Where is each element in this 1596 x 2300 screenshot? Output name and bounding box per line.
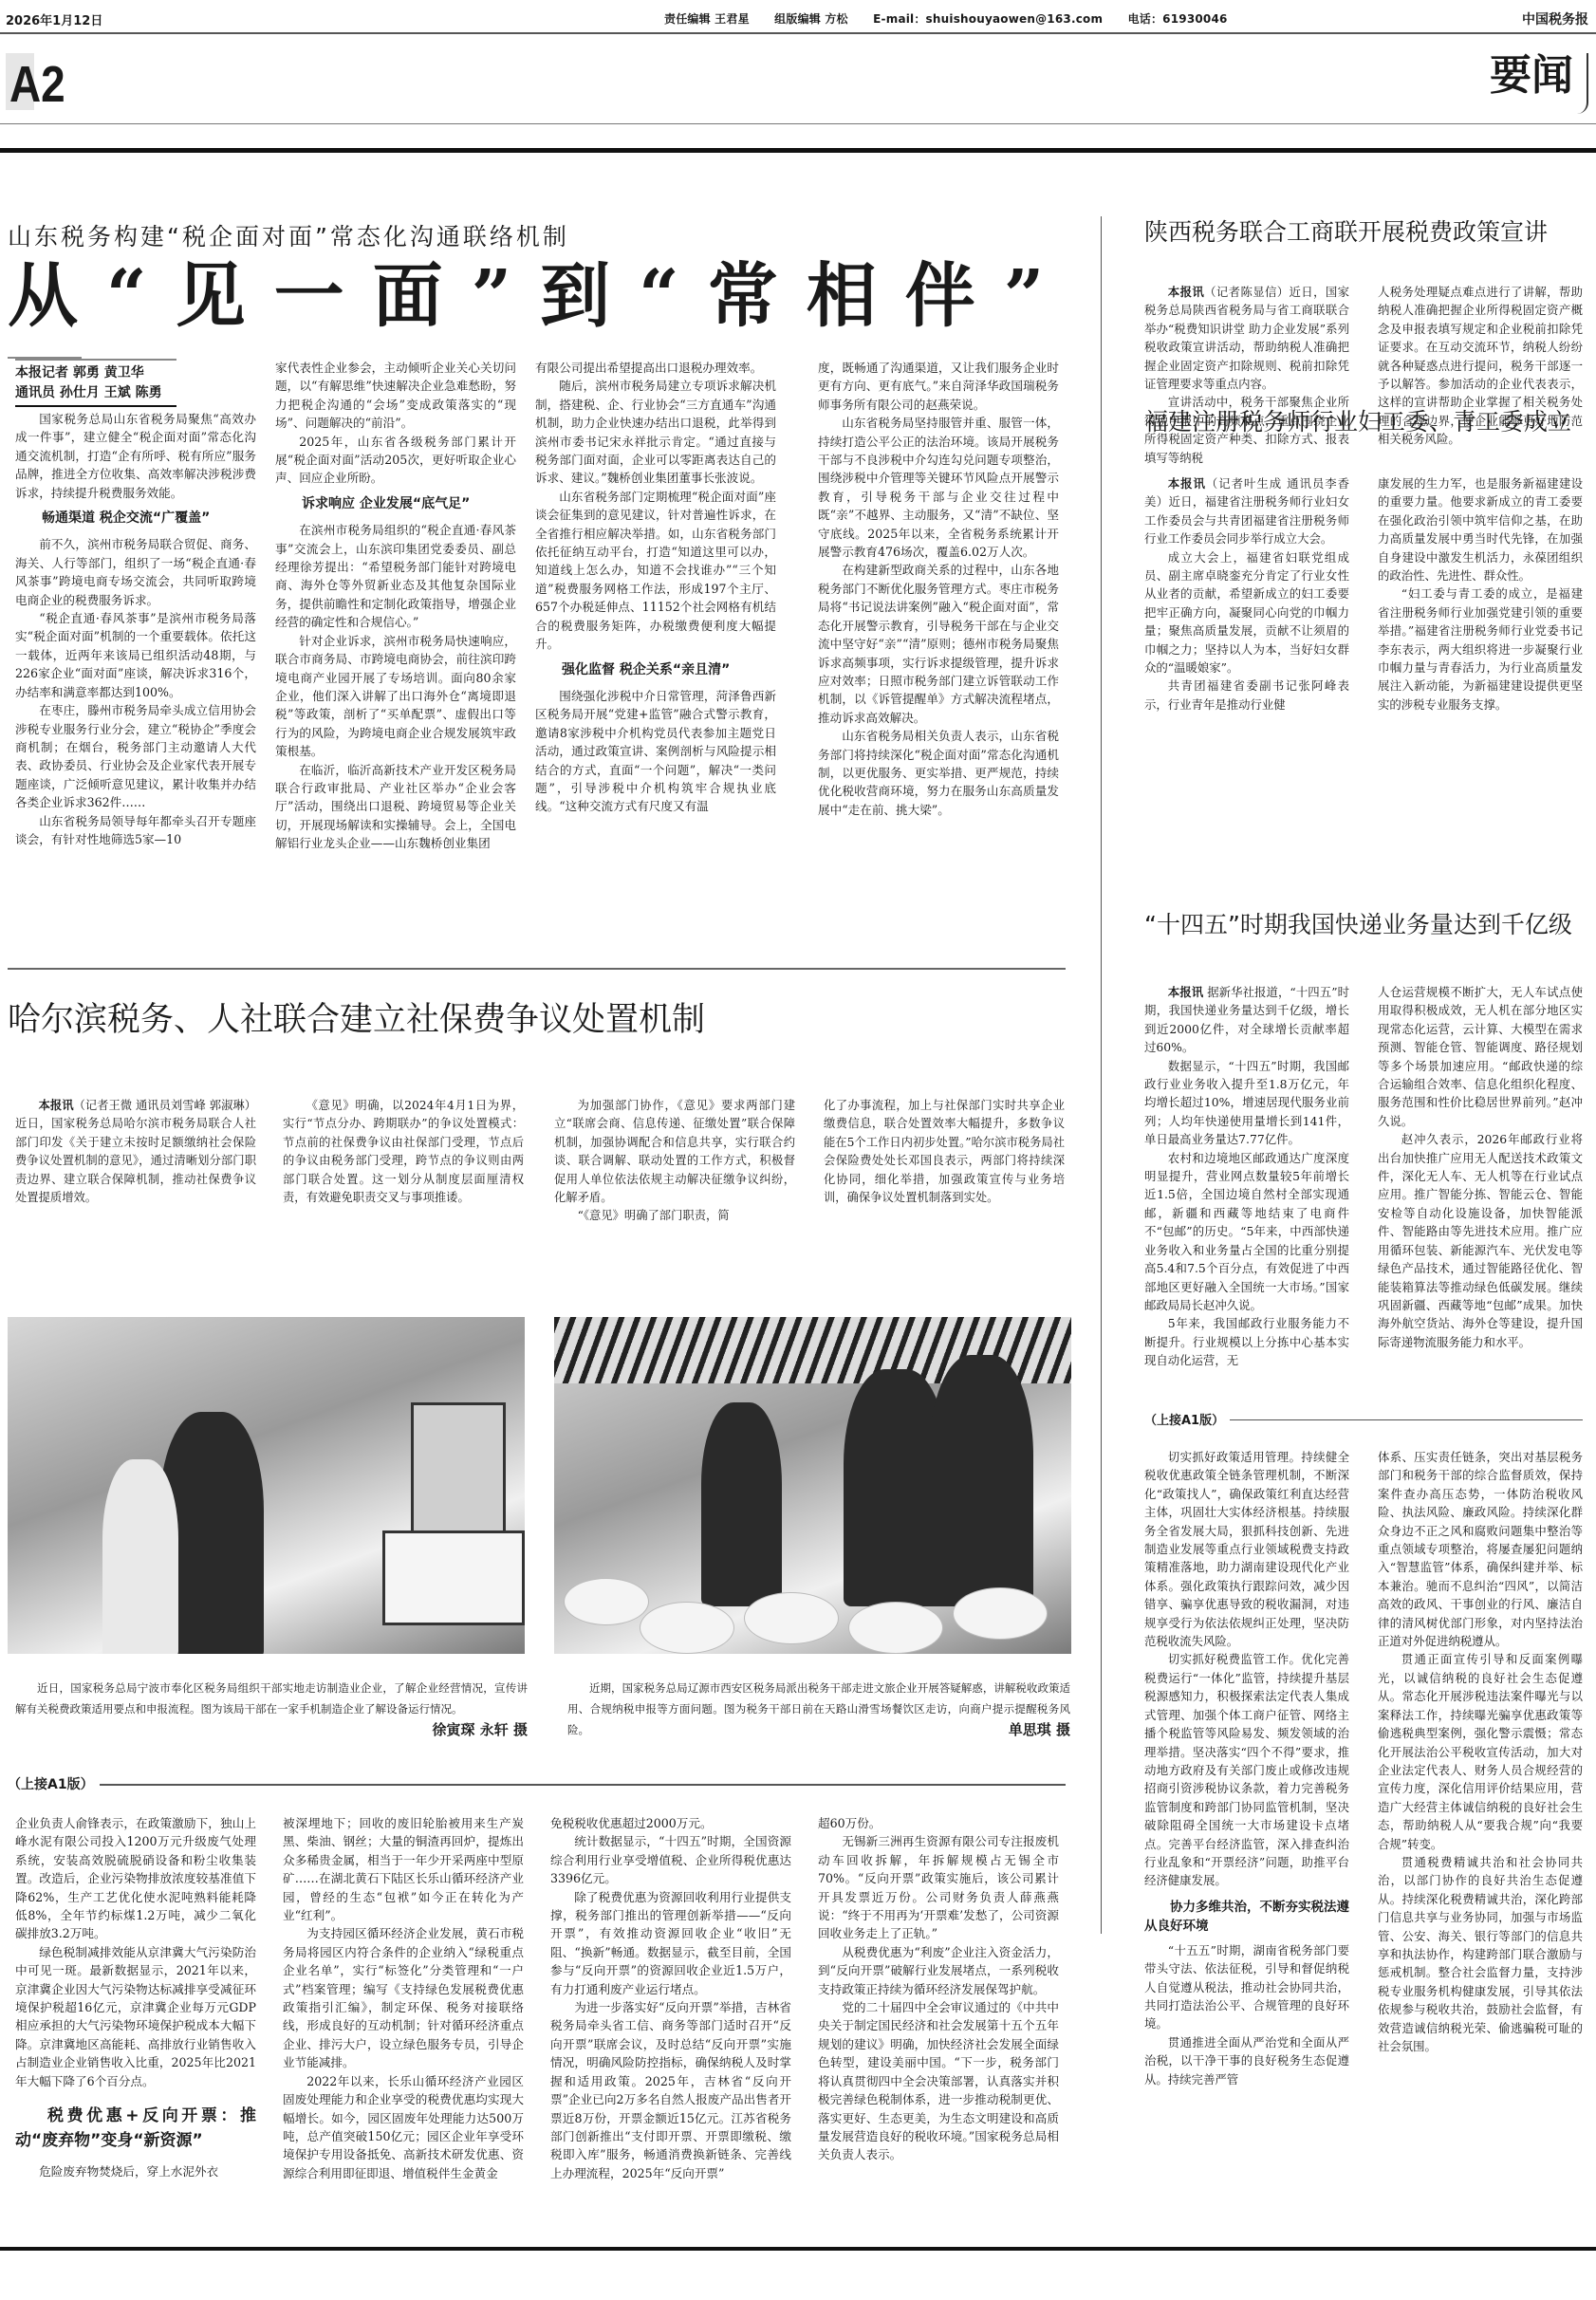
paragraph: “税企直通·春风茶事”是滨州市税务局落实“税企面对面”机制的一个重要载体。依托这…: [15, 609, 256, 701]
subheading: 税费优惠+反向开票：推动“废弃物”变身“新资源”: [15, 2104, 256, 2153]
page-bottom-rule: [0, 2247, 1596, 2251]
paragraph: 山东省税务部门定期梳理“税企面对面”座谈会征集到的意见建议，针对普遍性诉求，在全…: [535, 488, 776, 654]
photo-figure-worker: [102, 1459, 178, 1654]
paragraph: 成立大会上，福建省妇联党组成员、副主席卓晓銮充分肯定了行业女性从业者的贡献，希望…: [1144, 548, 1349, 677]
paragraph: 家代表性企业参会，主动倾听企业关心关切问题，以“有解思维”快速解决企业急难愁盼，…: [275, 359, 516, 433]
paragraph: 切实抓好政策适用管理。持续健全税收优惠政策全链条管理机制，不断深化“政策找人”，…: [1144, 1448, 1349, 1650]
shaanxi-headline: 陕西税务联合工商联开展税费政策宣讲: [1144, 220, 1548, 244]
paragraph: 为加强部门协作，《意见》要求两部门建立“联席会商、信息传递、征缴处置”联合保障机…: [554, 1097, 795, 1207]
lead-tag: 本报讯: [39, 1099, 74, 1112]
lead-column-1: 国家税务总局山东省税务局聚焦“高效办成一件事”，建立健全“税企面对面”常态化沟通…: [15, 410, 256, 848]
subheading: 协力多维共治，不断夯实税法遵从良好环境: [1144, 1898, 1349, 1936]
paragraph: 山东省税务局坚持服管并重、服管一体，持续打造公平公正的法治环境。该局开展税务干部…: [818, 414, 1059, 561]
paragraph: 有限公司提出希望提高出口退税办理效率。: [535, 359, 776, 377]
continued-right-column-2: 体系、压实责任链条，突出对基层税务部门和税务干部的综合监督质效，保持案件查办高压…: [1378, 1448, 1583, 2055]
paragraph: 2025年，山东省各级税务部门累计开展“税企面对面”活动205次，更好听取企业心…: [275, 433, 516, 488]
paragraph: 贯通税费精诚共治和社会协同共治，以部门协作的良好共治生态促遵从。持续深化税费精诚…: [1378, 1853, 1583, 2055]
paragraph: 为支持园区循环经济企业发展，黄石市税务局将园区内符合条件的企业纳入“绿税重点企业…: [283, 1924, 524, 2071]
harbin-column-1: 本报讯（记者王微 通讯员刘雪峰 郭淑琳）近日，国家税务总局哈尔滨市税务局联合人社…: [15, 1097, 256, 1207]
paragraph: 围绕强化涉税中介日常管理，菏泽鲁西新区税务局开展“党建+监管”融合式警示教育，邀…: [535, 687, 776, 816]
photo-bowl: [744, 1592, 839, 1644]
paragraph: 国家税务总局山东省税务局聚焦“高效办成一件事”，建立健全“税企面对面”常态化沟通…: [15, 410, 256, 502]
paragraph: 免税税收优惠超过2000万元。: [550, 1814, 791, 1832]
lead-tag: 本报讯: [1168, 285, 1204, 299]
paragraph: 数据显示，“十四五”时期，我国邮政行业业务收入提升至1.8万亿元，年均增长超过1…: [1144, 1057, 1349, 1149]
express-column-2: 人仓运营规模不断扩大，无人车试点使用取得积极成效，无人机在部分地区实现常态化运营…: [1378, 983, 1583, 1351]
express-headline: “十四五”时期我国快递业务量达到千亿级: [1144, 913, 1572, 937]
paragraph: 超60万份。: [818, 1814, 1059, 1832]
section-ornament: [1577, 53, 1588, 114]
photo-bowl: [640, 1602, 734, 1654]
paragraph: 危险废弃物焚烧后，穿上水泥外衣: [15, 2162, 256, 2180]
photo-credit: 单思琪 摄: [987, 1719, 1070, 1740]
harbin-column-4: 化了办事流程，加上与社保部门实时共享企业缴费信息，联合处置效率大幅提升，多数争议…: [824, 1097, 1065, 1207]
continued-label: （上接A1版）: [1144, 1410, 1230, 1428]
contact-email[interactable]: E-mail：shuishouyaowen@163.com: [873, 12, 1103, 26]
continued-rule: [8, 1784, 1066, 1786]
newspaper-name: 中国税务报: [1522, 9, 1588, 28]
paragraph: 绿色税制减排效能从京津冀大气污染防治中可见一斑。最新数据显示，2021年以来，京…: [15, 1943, 256, 2090]
lead-tag: 本报讯: [1168, 985, 1203, 999]
photo-caption-1: 近日，国家税务总局宁波市奉化区税务局组织干部实地走访制造业企业，了解企业经营情况…: [15, 1678, 528, 1740]
paragraph: 《意见》明确，以2024年4月1日为界，实行“节点分办、跨期联办”的争议处置模式…: [283, 1097, 524, 1207]
issue-date: 2026年1月12日: [6, 10, 102, 28]
subheading: 畅通渠道 税企交流“广覆盖”: [15, 510, 256, 528]
continued-right-column-1: 切实抓好政策适用管理。持续健全税收优惠政策全链条管理机制，不断深化“政策找人”，…: [1144, 1448, 1349, 2088]
photo-caption-2: 近期，国家税务总局辽源市西安区税务局派出税务干部走进文旅企业开展答疑解惑，讲解税…: [567, 1678, 1070, 1740]
section-divider: [8, 968, 1066, 970]
paragraph: （记者陈显信）近日，国家税务总局陕西省税务局与省工商联联合举办“税费知识讲堂 助…: [1144, 285, 1349, 391]
photo-monitor: [382, 1530, 525, 1625]
subheading: 诉求响应 企业发展“底气足”: [275, 495, 516, 513]
paragraph: 为进一步落实好“反向开票”举措，吉林省税务局牵头省工信、商务等部门适时召开“反向…: [550, 1998, 791, 2182]
paragraph: 在临沂，临沂高新技术产业开发区税务局联合行政审批局、产业社区举办“企业会客厅”活…: [275, 761, 516, 853]
subheading: 强化监督 税企关系“亲且清”: [535, 661, 776, 679]
column-divider: [1101, 216, 1102, 1934]
photo-credit: 徐寅琛 永轩 摄: [411, 1719, 528, 1740]
paragraph: 贯通推进全面从严治党和全面从严治税，以干净干事的良好税务生态促遵从。持续完善严管: [1144, 2033, 1349, 2088]
paragraph: 化了办事流程，加上与社保部门实时共享企业缴费信息，联合处置效率大幅提升，多数争议…: [824, 1097, 1065, 1207]
paragraph: 山东省税务局领导每年都牵头召开专题座谈会，有针对性地筛选5家—10: [15, 812, 256, 849]
paragraph: “十五五”时期，湖南省税务部门要带头守法、依法征税，引导和督促纳税人自觉遵从税法…: [1144, 1941, 1349, 2033]
paragraph: “《意见》明确了部门职责，简: [554, 1207, 795, 1225]
paragraph: 前不久，滨州市税务局联合贸促、商务、海关、人行等部门，组织了一场“税企直通·春风…: [15, 535, 256, 609]
fujian-column-1: 本报讯（记者叶生成 通讯员李香美）近日，福建省注册税务师行业妇女工作委员会与共青…: [1144, 474, 1349, 714]
paragraph: 体系、压实责任链条，突出对基层税务部门和税务干部的综合监督质效，保持案件查办高压…: [1378, 1448, 1583, 1650]
photo-figure-person: [701, 1402, 782, 1606]
lead-headline: 从“见一面”到“常相伴”: [8, 261, 1072, 331]
lead-column-2: 家代表性企业参会，主动倾听企业关心关切问题，以“有解思维”快速解决企业急难愁盼，…: [275, 359, 516, 853]
photo-factory-visit: [8, 1317, 525, 1654]
responsible-editor: 责任编辑 王君星: [664, 12, 750, 26]
photo-bowl: [564, 1578, 649, 1625]
fujian-column-2: 康发展的生力军，也是服务新福建建设的重要力量。他要求新成立的青工委要在强化政治引…: [1378, 474, 1583, 714]
paragraph: 统计数据显示，“十四五”时期，全国资源综合利用行业享受增值税、企业所得税优惠达3…: [550, 1832, 791, 1887]
paragraph: 山东省税务局相关负责人表示，山东省税务部门将持续深化“税企面对面”常态化沟通机制…: [818, 727, 1059, 819]
continued-column-1: 企业负责人俞锋表示，在政策激励下，独山上峰水泥有限公司投入1200万元升级废气处…: [15, 1814, 256, 2181]
paragraph: 人仓运营规模不断扩大，无人车试点使用取得积极成效，无人机在部分地区实现常态化运营…: [1378, 983, 1583, 1130]
paragraph: 企业负责人俞锋表示，在政策激励下，独山上峰水泥有限公司投入1200万元升级废气处…: [15, 1814, 256, 1943]
continued-column-3: 免税税收优惠超过2000万元。 统计数据显示，“十四五”时期，全国资源综合利用行…: [550, 1814, 791, 2182]
header-divider-thick: [0, 148, 1596, 153]
lead-column-4: 度，既畅通了沟通渠道，又让我们服务企业时更有方向、更有底气。”来自菏泽华政国瑞税…: [818, 359, 1059, 819]
header-divider-thin: [0, 123, 1596, 124]
paragraph: 赵冲久表示，2026年邮政行业将出台加快推广应用无人配送技术政策文件，深化无人车…: [1378, 1130, 1583, 1351]
paragraph: 农村和边境地区邮政通达广度深度明显提升，营业网点数量较5年前增长近1.5倍，全国…: [1144, 1149, 1349, 1315]
paragraph: 共青团福建省委副书记张阿峰表示，行业青年是推动行业健: [1144, 677, 1349, 714]
paragraph: 在构建新型政商关系的过程中，山东各地税务部门不断优化服务管理方式。枣庄市税务局将…: [818, 561, 1059, 727]
fujian-headline: 福建注册税务师行业妇工委、青工委成立: [1144, 410, 1571, 434]
paragraph: （记者王微 通讯员刘雪峰 郭淑琳）近日，国家税务总局哈尔滨市税务局联合人社部门印…: [15, 1099, 256, 1204]
byline-reporters: 本报记者 郭勇 黄卫华: [15, 363, 176, 383]
paragraph: 除了税费优惠为资源回收利用行业提供支撑，税务部门推出的管理创新举措——“反向开票…: [550, 1888, 791, 1998]
paragraph: 贯通正面宣传引导和反面案例曝光，以诚信纳税的良好社会生态促遵从。常态化开展涉税违…: [1378, 1650, 1583, 1852]
paragraph: 切实抓好税费监管工作。优化完善税费运行“一体化”监管，持续提升基层税源感知力，积…: [1144, 1650, 1349, 1889]
continued-column-4: 超60万份。 无锡新三洲再生资源有限公司专注报废机动车回收拆解，年拆解规模占无锡…: [818, 1814, 1059, 2164]
paragraph: 针对企业诉求，滨州市税务局快速响应，联合市商务局、市跨境电商协会，前往滨印跨境电…: [275, 632, 516, 761]
contact-phone: 电话：61930046: [1128, 12, 1228, 26]
section-title: 要闻: [1490, 55, 1573, 97]
layout-editor: 组版编辑 方松: [774, 12, 848, 26]
continued-label: （上接A1版）: [8, 1774, 100, 1793]
paragraph: 党的二十届四中全会审议通过的《中共中央关于制定国民经济和社会发展第十五个五年规划…: [818, 1998, 1059, 2164]
lead-column-3: 有限公司提出希望提高出口退税办理效率。 随后，滨州市税务局建立专项诉求解决机制，…: [535, 359, 776, 816]
shaanxi-column-1: 本报讯（记者陈显信）近日，国家税务总局陕西省税务局与省工商联联合举办“税费知识讲…: [1144, 283, 1349, 467]
continued-rule: [1230, 1419, 1583, 1420]
caption-text: 近日，国家税务总局宁波市奉化区税务局组织干部实地走访制造业企业，了解企业经营情况…: [15, 1681, 528, 1716]
paragraph: 被深埋地下；回收的废旧轮胎被用来生产炭黑、柴油、钢丝；大量的铜渣再回炉，提炼出众…: [283, 1814, 524, 1924]
byline-correspondents: 通讯员 孙仕月 王斌 陈勇: [15, 383, 176, 403]
paragraph: 康发展的生力军，也是服务新福建建设的重要力量。他要求新成立的青工委要在强化政治引…: [1378, 474, 1583, 584]
paragraph: 从税费优惠为“利废”企业注入资金活力，到“反向开票”破解行业发展堵点，一系列税收…: [818, 1943, 1059, 1998]
harbin-headline: 哈尔滨税务、人社联合建立社保费争议处置机制: [8, 1004, 705, 1037]
photo-bowl: [848, 1602, 943, 1654]
paragraph: 5年来，我国邮政行业服务能力不断提升。行业规模以上分拣中心基本实现自动化运营，无: [1144, 1314, 1349, 1369]
paragraph: 随后，滨州市税务局建立专项诉求解决机制，搭建税、企、行业协会“三方直通车”沟通机…: [535, 377, 776, 487]
photo-bowl: [953, 1587, 1048, 1640]
paragraph: 在枣庄，滕州市税务局牵头成立信用协会涉税专业服务行业分会，建立“税协企”季度会商…: [15, 701, 256, 811]
paragraph: 度，既畅通了沟通渠道，又让我们服务企业时更有方向、更有底气。”来自菏泽华政国瑞税…: [818, 359, 1059, 414]
lead-tag: 本报讯: [1168, 476, 1206, 491]
lead-byline: 本报记者 郭勇 黄卫华 通讯员 孙仕月 王斌 陈勇: [15, 359, 176, 407]
paragraph: 无锡新三洲再生资源有限公司专注报废机动车回收拆解，年拆解规模占无锡全市70%。“…: [818, 1832, 1059, 1942]
paragraph: 2022年以来，长乐山循环经济产业园区固废处理能力和企业享受的税费优惠均实现大幅…: [283, 2072, 524, 2182]
paragraph: “妇工委与青工委的成立，是福建省注册税务师行业加强党建引领的重要举措。”福建省注…: [1378, 584, 1583, 714]
photo-figure-merchant: [929, 1355, 1033, 1606]
editor-credits: 责任编辑 王君星 组版编辑 方松 E-mail：shuishouyaowen@1…: [664, 10, 1249, 27]
photo-ski-resort-visit: [554, 1317, 1071, 1654]
paragraph: 在滨州市税务局组织的“税企直通·春风茶事”交流会上，山东滨印集团党委委员、副总经…: [275, 521, 516, 631]
express-column-1: 本报讯 据新华社报道，“十四五”时期，我国快递业务量达到千亿级，增长到近2000…: [1144, 983, 1349, 1370]
continued-column-2: 被深埋地下；回收的废旧轮胎被用来生产炭黑、柴油、钢丝；大量的铜渣再回炉，提炼出众…: [283, 1814, 524, 2182]
lead-kicker: 山东税务构建“税企面对面”常态化沟通联络机制: [8, 218, 569, 252]
harbin-column-3: 为加强部门协作，《意见》要求两部门建立“联席会商、信息传递、征缴处置”联合保障机…: [554, 1097, 795, 1226]
harbin-column-2: 《意见》明确，以2024年4月1日为界，实行“节点分办、跨期联办”的争议处置模式…: [283, 1097, 524, 1207]
page-number: A2: [9, 59, 65, 110]
